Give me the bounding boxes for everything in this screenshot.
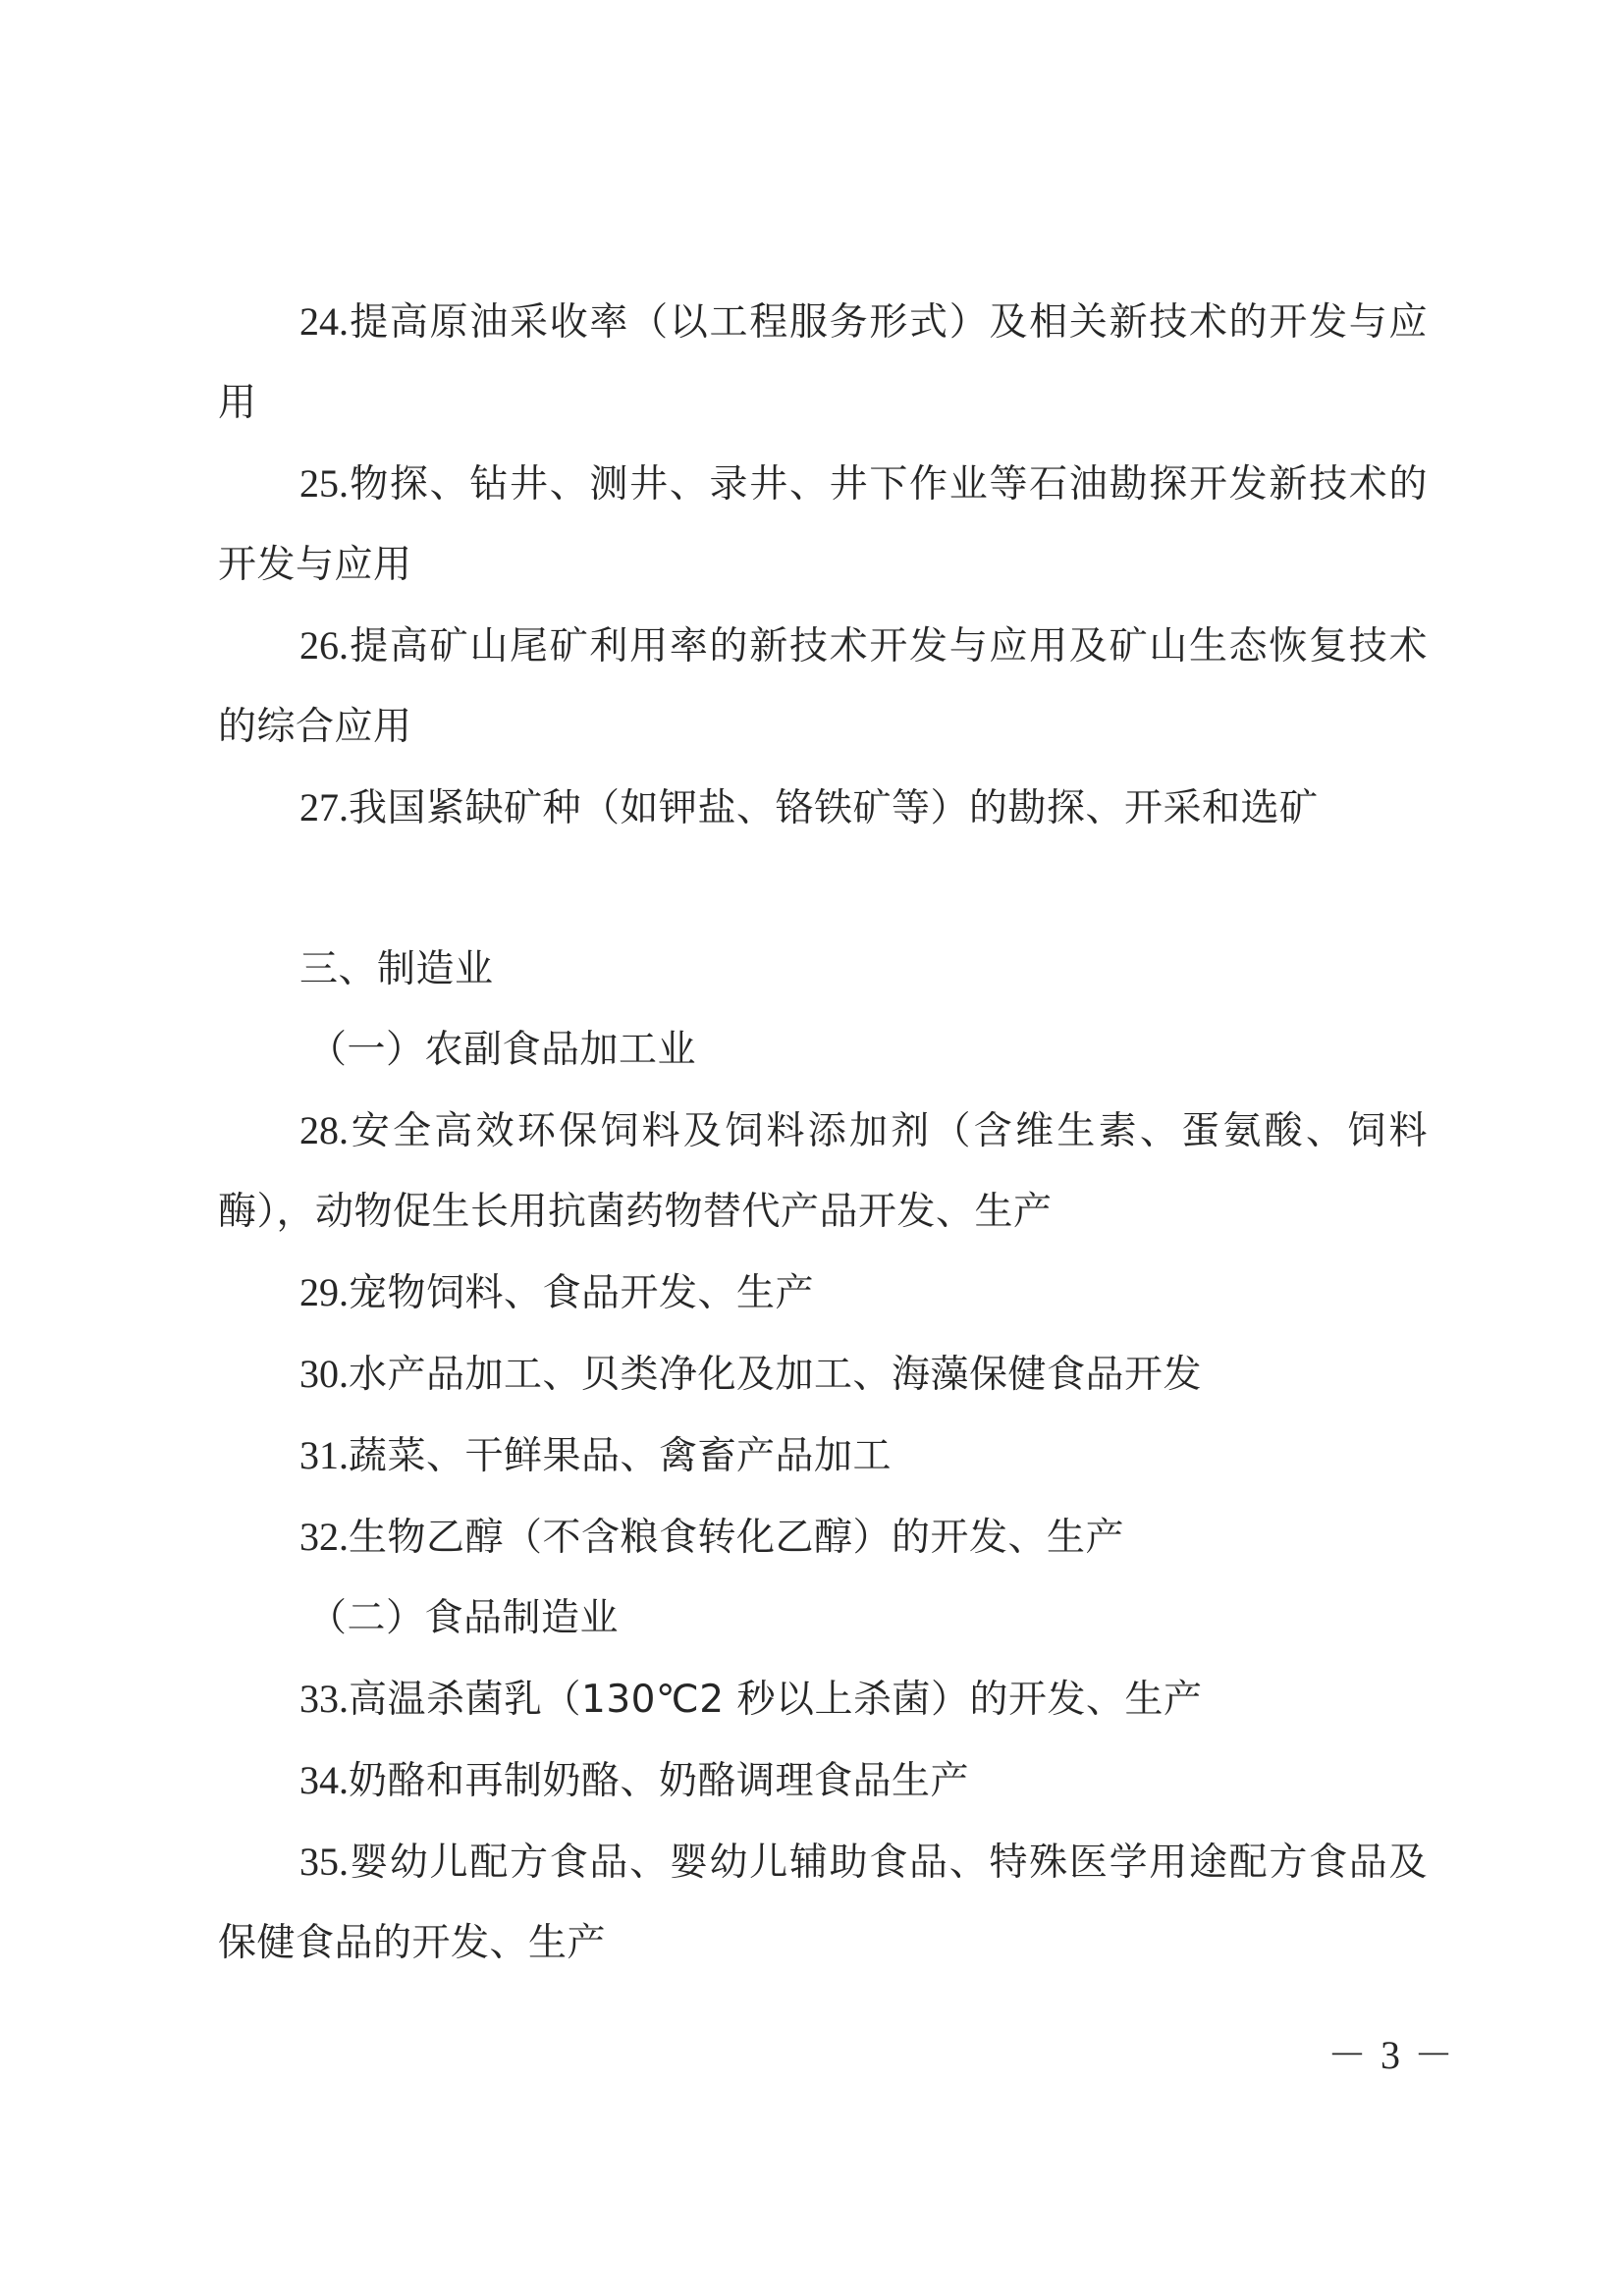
section-heading: 三、制造业 (218, 930, 1428, 1010)
document-body: 24.提高原油采收率（以工程服务形式）及相关新技术的开发与应用 25.物探、钻井… (218, 282, 1428, 1984)
item-number: 31. (299, 1433, 349, 1477)
list-item-33: 33.高温杀菌乳（130℃2 秒以上杀菌）的开发、生产 (218, 1659, 1428, 1740)
list-item-31: 31.蔬菜、干鲜果品、禽畜产品加工 (218, 1415, 1428, 1497)
item-text: 我国紧缺矿种（如钾盐、铬铁矿等）的勘探、开采和选矿 (349, 786, 1319, 830)
item-number: 26. (299, 623, 349, 667)
list-item-30: 30.水产品加工、贝类净化及加工、海藻保健食品开发 (218, 1334, 1428, 1415)
item-number: 28. (299, 1108, 349, 1152)
list-item-34: 34.奶酪和再制奶酪、奶酪调理食品生产 (218, 1740, 1428, 1822)
list-item-25: 25.物探、钻井、测井、录井、井下作业等石油勘探开发新技术的开发与应用 (218, 444, 1428, 606)
page-number: － 3 － (1327, 2024, 1455, 2080)
subsection-heading-2: （二）食品制造业 (218, 1578, 1428, 1659)
item-text: 蔬菜、干鲜果品、禽畜产品加工 (349, 1434, 892, 1478)
list-item-24: 24.提高原油采收率（以工程服务形式）及相关新技术的开发与应用 (218, 282, 1428, 444)
item-number: 35. (299, 1840, 349, 1884)
item-number: 30. (299, 1352, 349, 1396)
list-item-27: 27.我国紧缺矿种（如钾盐、铬铁矿等）的勘探、开采和选矿 (218, 768, 1428, 849)
document-page: 24.提高原油采收率（以工程服务形式）及相关新技术的开发与应用 25.物探、钻井… (0, 0, 1624, 2296)
subsection-heading-1: （一）农副食品加工业 (218, 1010, 1428, 1091)
item-text: 提高矿山尾矿利用率的新技术开发与应用及矿山生态恢复技术的综合应用 (218, 624, 1428, 749)
item-text: 婴幼儿配方食品、婴幼儿辅助食品、特殊医学用途配方食品及保健食品的开发、生产 (218, 1841, 1428, 1965)
list-item-28: 28.安全高效环保饲料及饲料添加剂（含维生素、蛋氨酸、饲料酶），动物促生长用抗菌… (218, 1091, 1428, 1253)
item-number: 32. (299, 1515, 349, 1559)
item-number: 33. (299, 1677, 349, 1721)
item-text: 水产品加工、贝类净化及加工、海藻保健食品开发 (349, 1353, 1202, 1397)
item-text: 提高原油采收率（以工程服务形式）及相关新技术的开发与应用 (218, 300, 1428, 425)
list-item-35: 35.婴幼儿配方食品、婴幼儿辅助食品、特殊医学用途配方食品及保健食品的开发、生产 (218, 1822, 1428, 1984)
item-number: 34. (299, 1758, 349, 1802)
list-item-26: 26.提高矿山尾矿利用率的新技术开发与应用及矿山生态恢复技术的综合应用 (218, 606, 1428, 768)
item-number: 25. (299, 461, 349, 506)
item-text: 物探、钻井、测井、录井、井下作业等石油勘探开发新技术的开发与应用 (218, 462, 1428, 587)
item-text: 生物乙醇（不含粮食转化乙醇）的开发、生产 (349, 1516, 1124, 1560)
item-number: 29. (299, 1270, 349, 1314)
item-number: 27. (299, 785, 349, 829)
item-number: 24. (299, 299, 349, 344)
item-text: 安全高效环保饲料及饲料添加剂（含维生素、蛋氨酸、饲料酶），动物促生长用抗菌药物替… (218, 1109, 1428, 1234)
list-item-32: 32.生物乙醇（不含粮食转化乙醇）的开发、生产 (218, 1497, 1428, 1578)
list-item-29: 29.宠物饲料、食品开发、生产 (218, 1253, 1428, 1334)
item-text: 奶酪和再制奶酪、奶酪调理食品生产 (349, 1759, 969, 1803)
section-spacer (218, 849, 1428, 930)
item-text: 高温杀菌乳（130℃2 秒以上杀菌）的开发、生产 (349, 1678, 1202, 1722)
item-text: 宠物饲料、食品开发、生产 (349, 1271, 814, 1315)
